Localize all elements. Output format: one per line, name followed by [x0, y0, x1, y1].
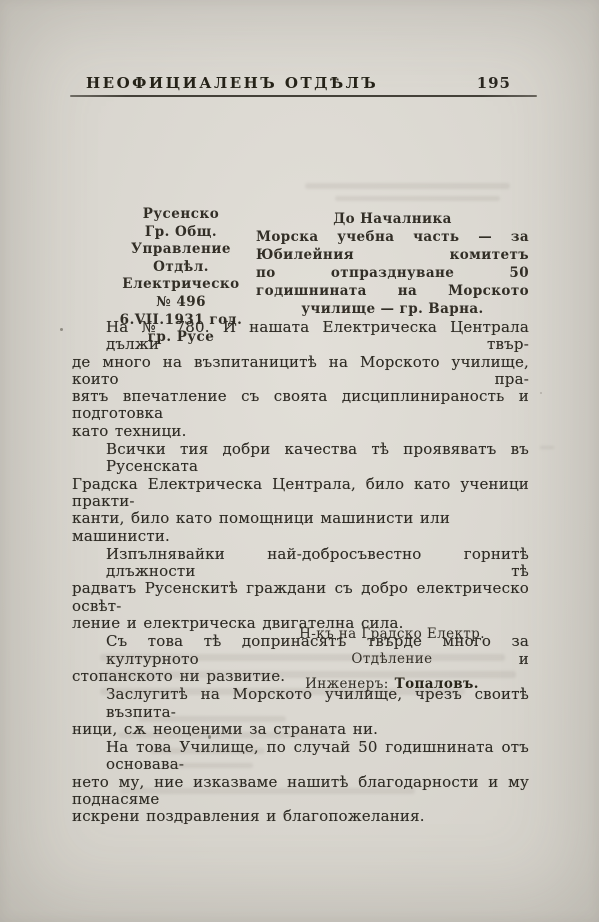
text-line: вятъ впечатление съ своята дисциплиниран…	[72, 388, 529, 423]
sender-line: Русенско	[95, 206, 267, 224]
sender-ref-number: № 496	[95, 294, 267, 312]
paragraph: На № 780. И нашата Електрическа Централа…	[72, 319, 529, 440]
recipient-block: До Началника Морска учебна часть — за Юб…	[256, 210, 529, 318]
text-line: като техници.	[72, 423, 529, 440]
signature-line: Инженеръ:Топаловъ.	[266, 672, 518, 697]
text-line: Изпълнявайки най-добросъвестно горнитѣ д…	[72, 546, 529, 581]
signature-name: Топаловъ.	[395, 676, 479, 692]
signature-title: Н-къ на Градско Електр. Отдѣление	[266, 622, 518, 672]
text-line: де много на възпитаницитѣ на Морското уч…	[72, 354, 529, 389]
recipient-line: училище — гр. Варна.	[256, 300, 529, 318]
page-header: НЕОФИЦИАЛЕНЪ ОТДѢЛЪ 195	[86, 74, 511, 92]
signature-role: Инженеръ:	[305, 676, 389, 692]
document-page: НЕОФИЦИАЛЕНЪ ОТДѢЛЪ 195 Русенско Гр. Общ…	[0, 0, 599, 922]
signature-block: Н-къ на Градско Електр. Отдѣление Инжене…	[266, 622, 518, 697]
recipient-line: Морска учебна часть — за Юбилейния комит…	[256, 228, 529, 264]
text-line: Всички тия добри качества тѣ проявяватъ …	[72, 441, 529, 476]
text-line: Градска Електрическа Централа, било като…	[72, 476, 529, 511]
sender-line: Гр. Общ. Управление	[95, 224, 267, 259]
bleedthrough-ghost-line	[305, 183, 510, 189]
header-rule	[70, 95, 537, 97]
text-line: искрени поздравления и благопожелания.	[72, 808, 529, 825]
text-line: На това Училище, по случай 50 годишнинат…	[72, 739, 529, 774]
page-number: 195	[477, 74, 511, 92]
recipient-line: по отпразднуване 50 годишнината на Морск…	[256, 264, 529, 300]
sender-line: Отдѣл. Електрическо	[95, 259, 267, 294]
paragraph: Всички тия добри качества тѣ проявяватъ …	[72, 441, 529, 545]
text-line: нето му, ние изказваме нашитѣ благодарно…	[72, 774, 529, 809]
text-line: канти, било като помощници машинисти или…	[72, 510, 529, 545]
recipient-line: До Началника	[256, 210, 529, 228]
paragraph: Изпълнявайки най-добросъвестно горнитѣ д…	[72, 546, 529, 632]
ink-speck	[540, 392, 542, 394]
ink-speck	[60, 328, 63, 331]
section-title: НЕОФИЦИАЛЕНЪ ОТДѢЛЪ	[86, 74, 378, 92]
text-line: ници, сѫ неоценими за страната ни.	[72, 721, 529, 738]
bleedthrough-ghost-line	[335, 196, 500, 201]
text-line: На № 780. И нашата Електрическа Централа…	[72, 319, 529, 354]
letter-body: На № 780. И нашата Електрическа Централа…	[72, 319, 529, 827]
bleedthrough-ghost-line	[540, 446, 554, 449]
paragraph: На това Училище, по случай 50 годишнинат…	[72, 739, 529, 825]
text-line: радватъ Русенскитѣ граждани съ добро еле…	[72, 580, 529, 615]
